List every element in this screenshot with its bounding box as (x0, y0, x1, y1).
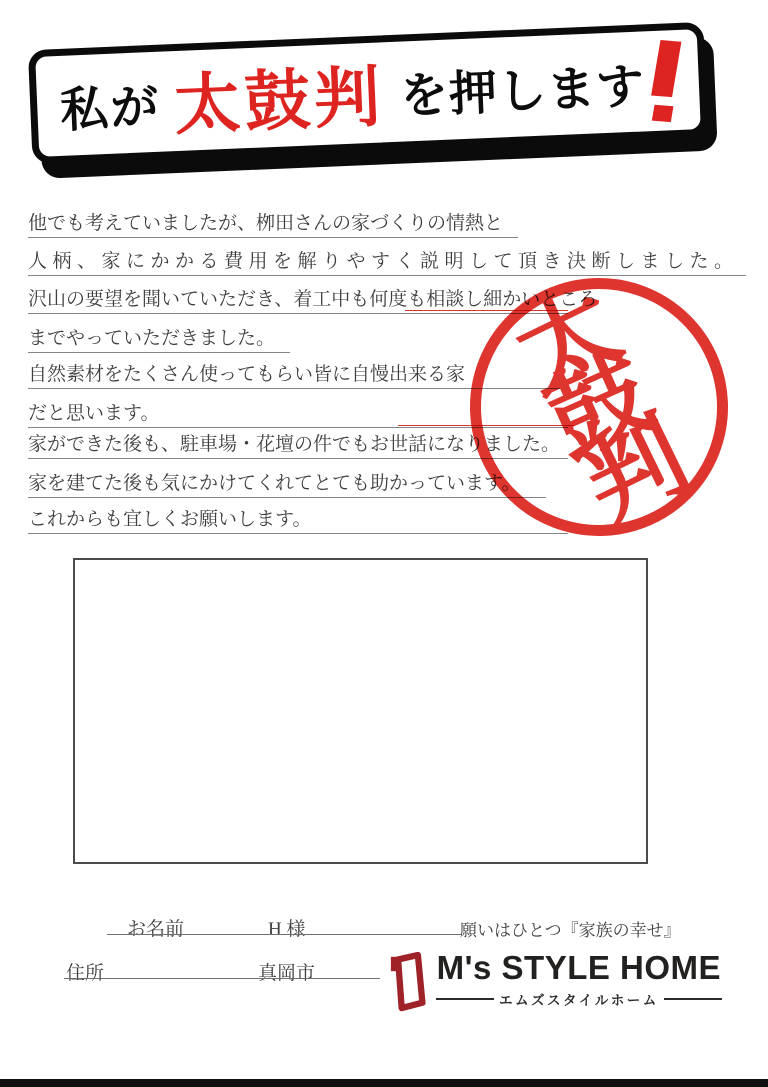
banner-prefix-text: 私が (59, 67, 162, 140)
banner-taikoban-text: 太鼓判 (172, 43, 386, 147)
exclamation-bar (651, 40, 681, 97)
door-icon (390, 952, 426, 1012)
right-dash-rule (664, 998, 722, 1000)
stamp-char: 判 (575, 417, 696, 527)
scanned-testimonial-page: 私が 太鼓判 を押します 他でも考えていましたが、栁田さんの家づくりの情熱と 人… (0, 0, 768, 1087)
address-value: 真岡市 (258, 958, 315, 985)
testimonial-line: これからも宜しくお願いします。 (28, 509, 568, 534)
address-label: 住所 (66, 958, 104, 985)
photo-placeholder-box (73, 558, 648, 864)
testimonial-line: までやっていただきました。 (28, 328, 290, 353)
stamp-char: 太 (506, 285, 627, 395)
motto-text: 願いはひとつ『家族の幸せ』 (460, 916, 681, 941)
slogan-banner: 私が 太鼓判 を押します (28, 22, 708, 164)
testimonial-line: 他でも考えていましたが、栁田さんの家づくりの情熱と (28, 213, 518, 238)
logo-text-stack: M's STYLE HOME エムズスタイルホーム (436, 950, 722, 1009)
left-dash-rule (436, 998, 494, 1000)
company-logo: M's STYLE HOME エムズスタイルホーム (390, 950, 722, 1012)
testimonial-line: 人柄、家にかかる費用を解りやすく説明して頂き決断しました。 (28, 251, 746, 276)
testimonial-line: 家を建てた後も気にかけてくれてとても助かっています。 (28, 473, 546, 498)
exclamation-dot (652, 104, 674, 121)
exclamation-icon (652, 39, 679, 121)
brand-name: M's STYLE HOME (437, 950, 721, 986)
address-underline (64, 978, 380, 979)
name-value: H 様 (268, 914, 305, 941)
brand-kana-row: エムズスタイルホーム (436, 989, 722, 1009)
brand-kana: エムズスタイルホーム (499, 989, 659, 1009)
name-label: お名前 (127, 914, 184, 941)
banner-suffix-text: を押します (399, 47, 647, 126)
footer-scan-bar (0, 1079, 768, 1087)
name-underline (107, 934, 462, 935)
